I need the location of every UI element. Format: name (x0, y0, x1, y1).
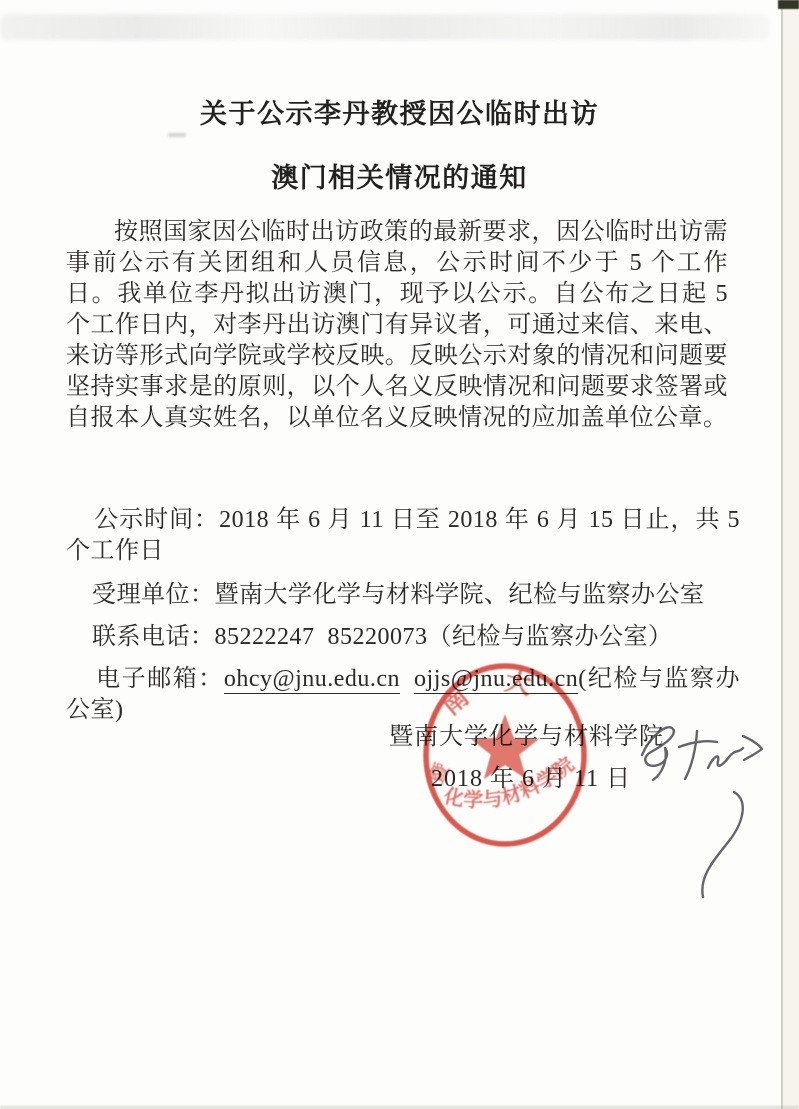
handwriting-stroke (743, 736, 762, 760)
scan-corner-mark (778, 0, 799, 9)
handwriting-stroke (679, 741, 717, 747)
handwritten-signature (600, 688, 799, 913)
svg-text:南 大: 南 大 (436, 666, 538, 720)
scanned-notice-page: 关于公示李丹教授因公临时出访 澳门相关情况的通知 按照国家因公临时出访政策的最新… (0, 0, 799, 1109)
field-label: 电子邮箱： (96, 666, 224, 692)
notice-body-paragraph: 按照国家因公临时出访政策的最新要求，因公临时出访需事前公示有关团组和人员信息，公… (66, 217, 728, 434)
notice-title-line2: 澳门相关情况的通知 (0, 156, 799, 195)
handwriting-stroke (702, 792, 742, 897)
handwriting-stroke (685, 731, 697, 779)
notice-title-line1: 关于公示李丹教授因公临时出访 (0, 92, 799, 131)
seal-arc-top-text: 南 大 (436, 666, 538, 720)
scan-dash-artifact (168, 133, 186, 137)
handwriting-stroke (708, 748, 743, 768)
scan-smudge (0, 14, 770, 40)
official-red-seal: 南 大 化学与材料学院 暨 (415, 653, 600, 863)
handwriting-stroke (642, 727, 674, 780)
seal-star-icon (471, 714, 539, 779)
email-address-1: ohcy@jnu.edu.cn (224, 666, 400, 694)
field-label: 公示时间： (94, 507, 219, 533)
